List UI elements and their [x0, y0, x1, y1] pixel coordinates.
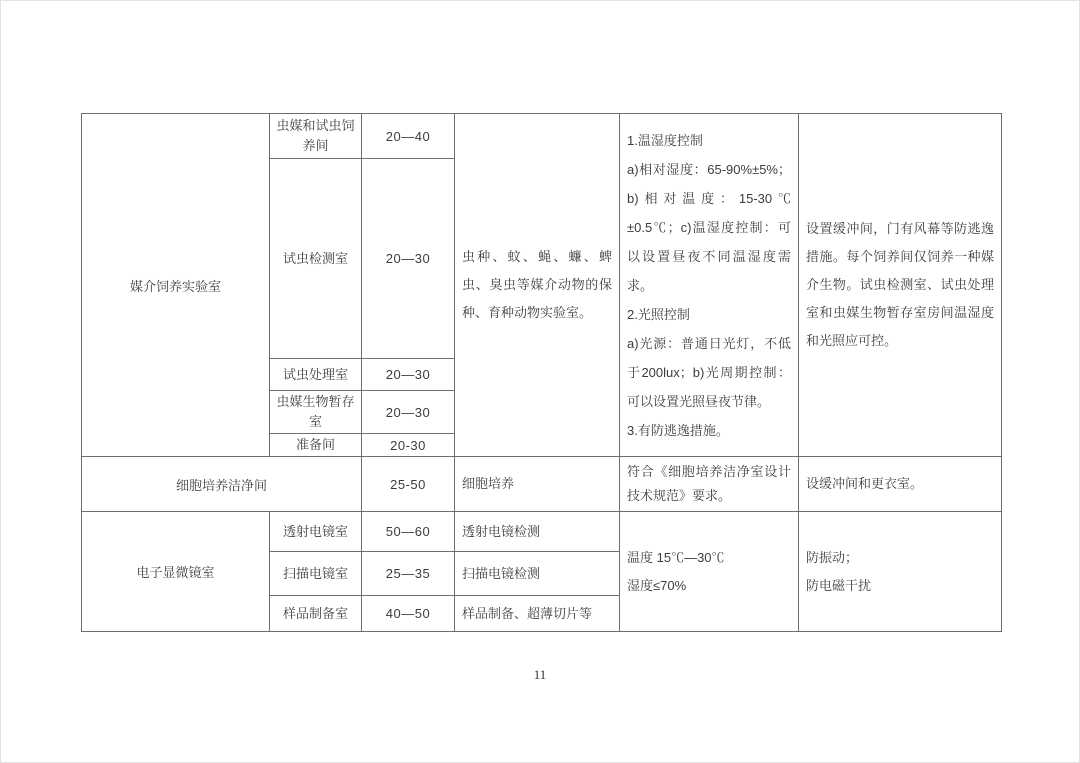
control-requirements-cell: 符合《细胞培养洁净室设计技术规范》要求。 [620, 457, 799, 512]
table-row: 电子显微镜室 透射电镜室 50—60 透射电镜检测 温度 15℃—30℃ 湿度≤… [82, 512, 1002, 552]
description-cell: 扫描电镜检测 [455, 552, 620, 596]
table-row: 媒介饲养实验室 虫媒和试虫饲养间 20—40 虫种、蚊、蝇、蠊、蜱虫、臭虫等媒介… [82, 114, 1002, 159]
room-value-cell: 50—60 [362, 512, 455, 552]
room-value-cell: 20—30 [362, 391, 455, 434]
table-row: 细胞培养洁净间 25-50 细胞培养 符合《细胞培养洁净室设计技术规范》要求。 … [82, 457, 1002, 512]
notes-cell: 设置缓冲间，门有风幕等防逃逸措施。每个饲养间仅饲养一种媒介生物。试虫检测室、试虫… [799, 114, 1002, 457]
description-cell: 透射电镜检测 [455, 512, 620, 552]
room-name-cell: 准备间 [270, 434, 362, 457]
room-name-cell: 扫描电镜室 [270, 552, 362, 596]
room-value-cell: 20—30 [362, 159, 455, 359]
page-number: 11 [1, 667, 1079, 683]
room-name-cell: 虫媒和试虫饲养间 [270, 114, 362, 159]
room-name-cell: 试虫处理室 [270, 359, 362, 391]
lab-name-cell: 电子显微镜室 [82, 512, 270, 632]
control-requirements-cell: 1.温湿度控制 a)相对湿度：65-90%±5%；b)相对温度：15-30℃±0… [620, 114, 799, 457]
room-value-cell: 20—40 [362, 114, 455, 159]
room-value-cell: 25-50 [362, 457, 455, 512]
description-cell: 样品制备、超薄切片等 [455, 596, 620, 632]
room-value-cell: 25—35 [362, 552, 455, 596]
lab-name-cell: 细胞培养洁净间 [82, 457, 362, 512]
document-page: 媒介饲养实验室 虫媒和试虫饲养间 20—40 虫种、蚊、蝇、蠊、蜱虫、臭虫等媒介… [0, 0, 1080, 763]
lab-name-cell: 媒介饲养实验室 [82, 114, 270, 457]
room-name-cell: 试虫检测室 [270, 159, 362, 359]
notes-cell: 防振动； 防电磁干扰 [799, 512, 1002, 632]
room-value-cell: 40—50 [362, 596, 455, 632]
lab-requirements-table: 媒介饲养实验室 虫媒和试虫饲养间 20—40 虫种、蚊、蝇、蠊、蜱虫、臭虫等媒介… [81, 113, 1002, 632]
room-name-cell: 虫媒生物暂存室 [270, 391, 362, 434]
control-requirements-cell: 温度 15℃—30℃ 湿度≤70% [620, 512, 799, 632]
notes-cell: 设缓冲间和更衣室。 [799, 457, 1002, 512]
description-cell: 虫种、蚊、蝇、蠊、蜱虫、臭虫等媒介动物的保种、育种动物实验室。 [455, 114, 620, 457]
room-value-cell: 20-30 [362, 434, 455, 457]
room-value-cell: 20—30 [362, 359, 455, 391]
description-cell: 细胞培养 [455, 457, 620, 512]
room-name-cell: 样品制备室 [270, 596, 362, 632]
room-name-cell: 透射电镜室 [270, 512, 362, 552]
